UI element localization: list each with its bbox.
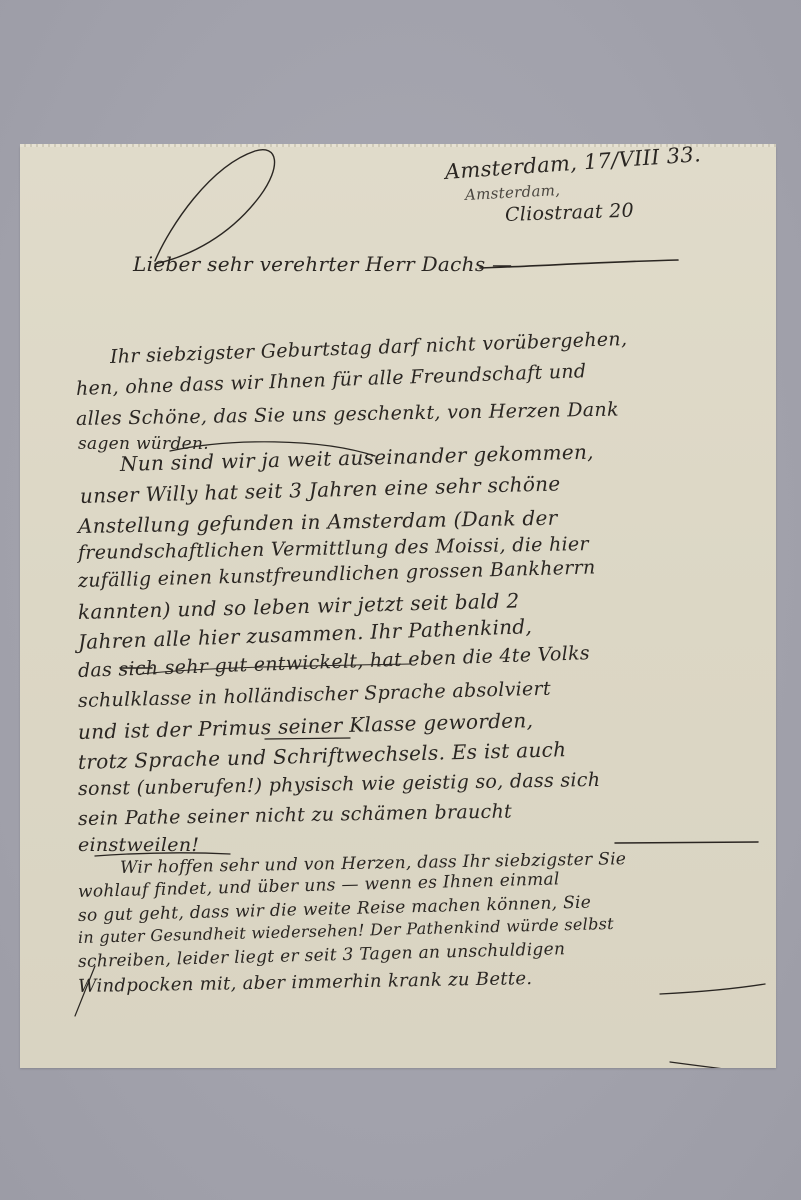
letter-paper: Amsterdam, 17/VIII 33. Amsterdam, Cliost… xyxy=(20,146,776,1068)
body-line-18: einstweilen! xyxy=(78,834,199,856)
address-line-2: Cliostraat 20 xyxy=(505,200,635,226)
salutation: Lieber sehr verehrter Herr Dachs — xyxy=(133,252,512,276)
loop-flourish xyxy=(155,150,275,264)
